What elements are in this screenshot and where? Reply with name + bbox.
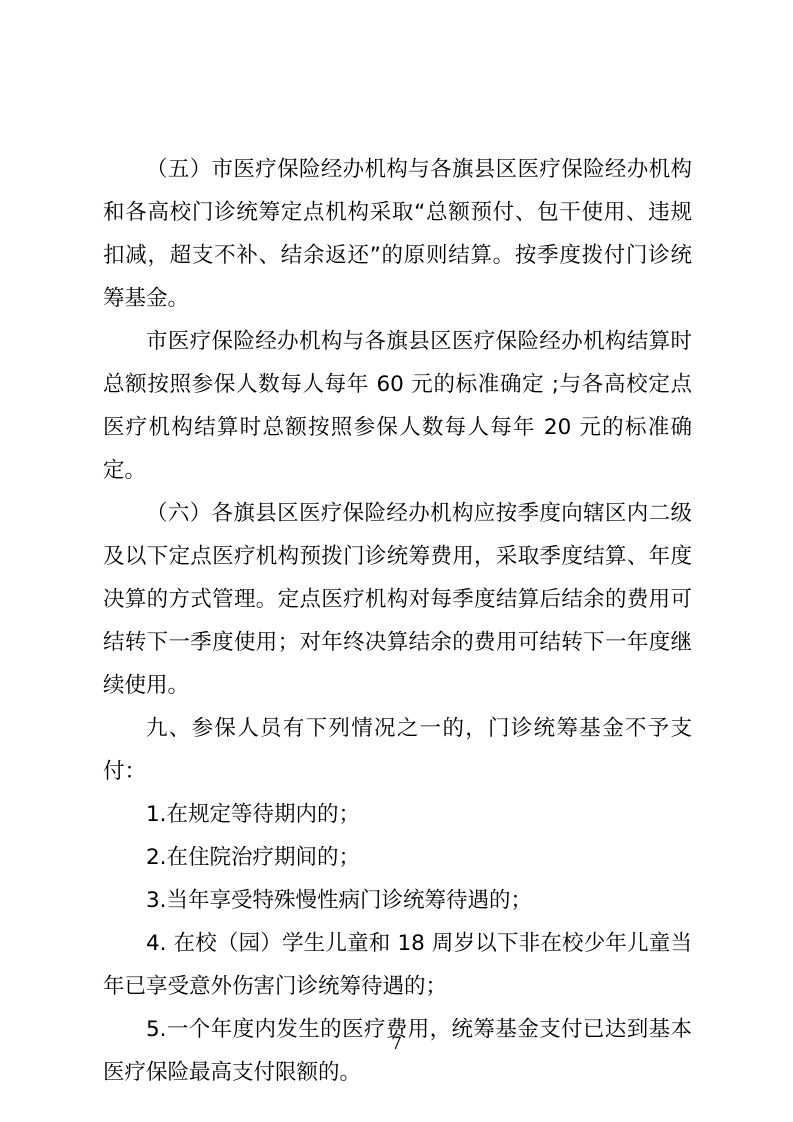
paragraph-item-6-quarterly-prepay: （六）各旗县区医疗保险经办机构应按季度向辖区内二级及以下定点医疗机构预拨门诊统筹… [103, 492, 692, 707]
list-item-4: 4. 在校（园）学生儿童和 18 周岁以下非在校少年儿童当年已享受意外伤害门诊统… [103, 922, 692, 1008]
document-body: （五）市医疗保险经办机构与各旗县区医疗保险经办机构和各高校门诊统筹定点机构采取“… [103, 148, 692, 1094]
paragraph-section-9-heading: 九、参保人员有下列情况之一的，门诊统筹基金不予支付： [103, 707, 692, 793]
document-page: （五）市医疗保险经办机构与各旗县区医疗保险经办机构和各高校门诊统筹定点机构采取“… [0, 0, 793, 1122]
list-item-1: 1.在规定等待期内的； [103, 793, 692, 836]
page-number: 7 [0, 1033, 793, 1055]
paragraph-item-5-settlement-principle: （五）市医疗保险经办机构与各旗县区医疗保险经办机构和各高校门诊统筹定点机构采取“… [103, 148, 692, 320]
list-item-2: 2.在住院治疗期间的； [103, 836, 692, 879]
paragraph-settlement-standard: 市医疗保险经办机构与各旗县区医疗保险经办机构结算时总额按照参保人数每人每年 60… [103, 320, 692, 492]
list-item-3: 3.当年享受特殊慢性病门诊统筹待遇的； [103, 879, 692, 922]
